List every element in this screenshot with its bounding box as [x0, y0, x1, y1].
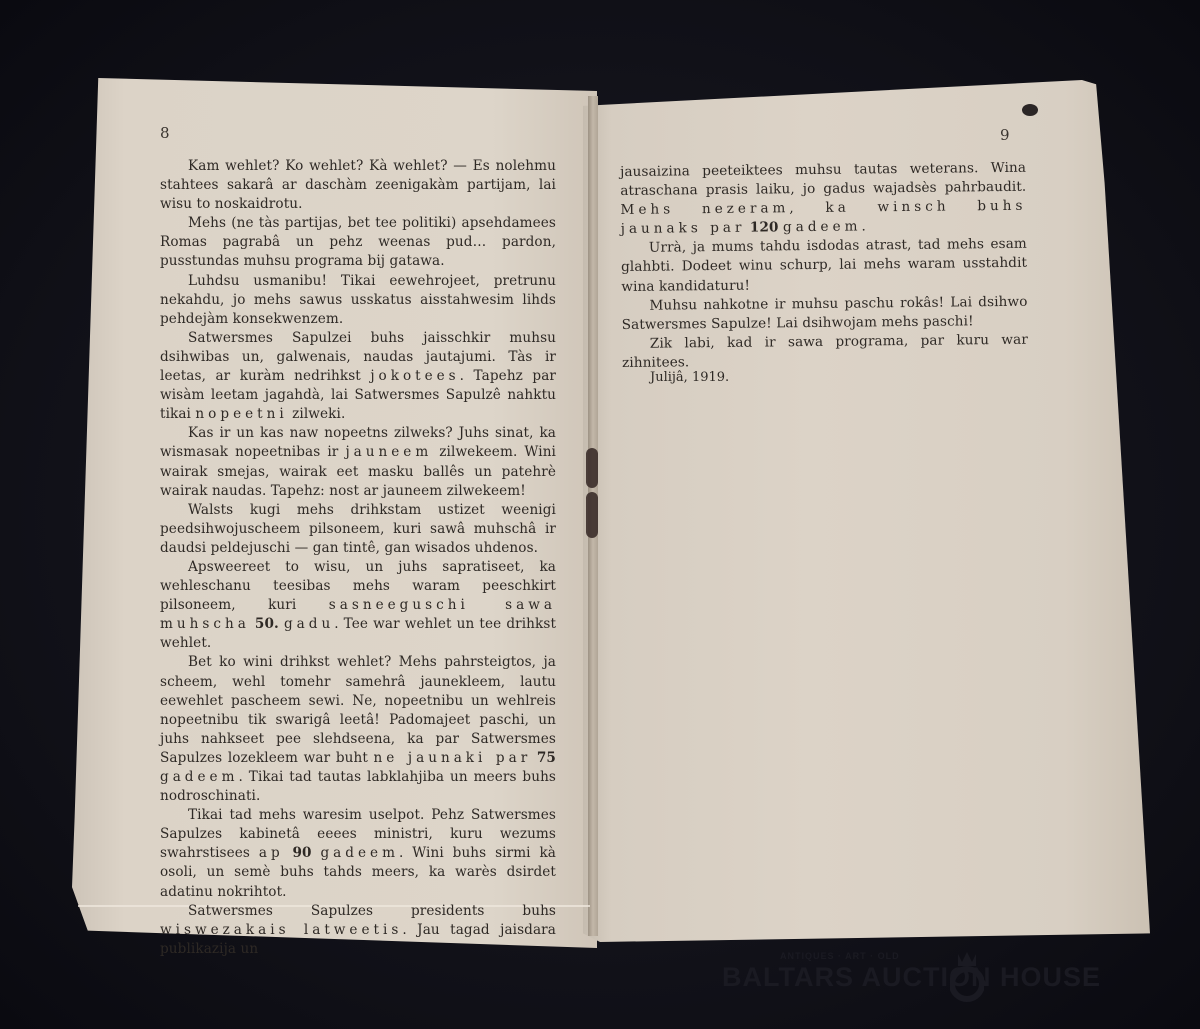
paragraph: Urrà, ja mums tahdu isdodas atrast, tad …	[621, 235, 1028, 297]
spaced-text: gadeem	[320, 845, 399, 861]
spaced-text: jokotees	[370, 368, 459, 384]
paragraph: Tikai tad mehs waresim uselpot. Pehz Sat…	[160, 806, 556, 901]
text-run: Zik labi, kad ir sawa programa, par kuru…	[622, 332, 1028, 371]
paragraph: Bet ko wini drihkst wehlet? Mehs pahrste…	[160, 653, 556, 806]
bold-text: 90	[293, 845, 312, 861]
spaced-text: gadeem	[783, 219, 862, 236]
text-run: jausaizina peeteiktees muhsu tautas wete…	[620, 160, 1026, 199]
spaced-text: gadu	[284, 616, 334, 632]
paragraph: Kas ir un kas naw nopeetns zilweks? Juhs…	[160, 424, 556, 500]
spaced-text: gadeem	[160, 769, 239, 785]
dateline: Julijâ, 1919.	[650, 370, 729, 385]
paragraph: Satwersmes Sapulzei buhs jaisschkir muhs…	[160, 329, 556, 424]
page-number-left: 8	[160, 124, 170, 142]
paragraph: Apsweereet to wisu, un juhs sapratiseet,…	[160, 558, 556, 653]
ink-stain	[1022, 104, 1038, 116]
spaced-text: wiswezakais latweetis	[160, 922, 402, 938]
paragraph: Muhsu nahkotne ir muhsu paschu rokâs! La…	[621, 292, 1027, 334]
paragraph: Kam wehlet? Ko wehlet? Kà wehlet? — Es n…	[160, 157, 556, 214]
text-run: zilweki.	[288, 406, 346, 422]
paragraph: Luhdsu usmanibu! Tikai eewehrojeet, pret…	[160, 272, 556, 329]
crown-crest-icon	[950, 950, 984, 1004]
right-page-text: jausaizina peeteiktees muhsu tautas wete…	[620, 159, 1028, 373]
text-run: .	[861, 219, 866, 235]
text-run: Kam wehlet? Ko wehlet? Kà wehlet? — Es n…	[160, 158, 556, 212]
text-run: Urrà, ja mums tahdu isdodas atrast, tad …	[621, 236, 1027, 294]
page-number-right: 9	[1000, 126, 1010, 144]
spaced-text: nopeetni	[195, 406, 287, 422]
bold-text: 120	[750, 220, 779, 236]
binding-staple	[586, 492, 598, 538]
spaced-text: ap	[259, 845, 284, 861]
paragraph: Satwersmes Sapulzes presidents buhs wisw…	[160, 902, 556, 959]
text-run: Walsts kugi mehs drihkstam ustizet weeni…	[160, 502, 556, 556]
spaced-text: ne jaunaki par	[374, 750, 532, 766]
binding-staple	[586, 448, 598, 488]
left-page-text: Kam wehlet? Ko wehlet? Kà wehlet? — Es n…	[160, 157, 556, 959]
bold-text: 75	[537, 750, 556, 766]
bold-text: 50.	[255, 616, 279, 632]
spaced-text: jauneem	[345, 444, 432, 460]
text-run: Muhsu nahkotne ir muhsu paschu rokâs! La…	[622, 293, 1028, 332]
paragraph: Zik labi, kad ir sawa programa, par kuru…	[622, 331, 1028, 373]
text-run: Satwersmes Sapulzes presidents buhs	[188, 903, 556, 919]
text-run: Mehs (ne tàs partijas, bet tee politiki)…	[160, 215, 556, 269]
paragraph: jausaizina peeteiktees muhsu tautas wete…	[620, 159, 1027, 240]
text-run: Luhdsu usmanibu! Tikai eewehrojeet, pret…	[160, 273, 556, 327]
paragraph: Mehs (ne tàs partijas, bet tee politiki)…	[160, 214, 556, 271]
paragraph: Walsts kugi mehs drihkstam ustizet weeni…	[160, 501, 556, 558]
watermark-subtext: ANTIQUES · ART · OLD	[780, 951, 900, 961]
watermark-text: BALTARS AUCTION HOUSE	[722, 962, 1101, 993]
